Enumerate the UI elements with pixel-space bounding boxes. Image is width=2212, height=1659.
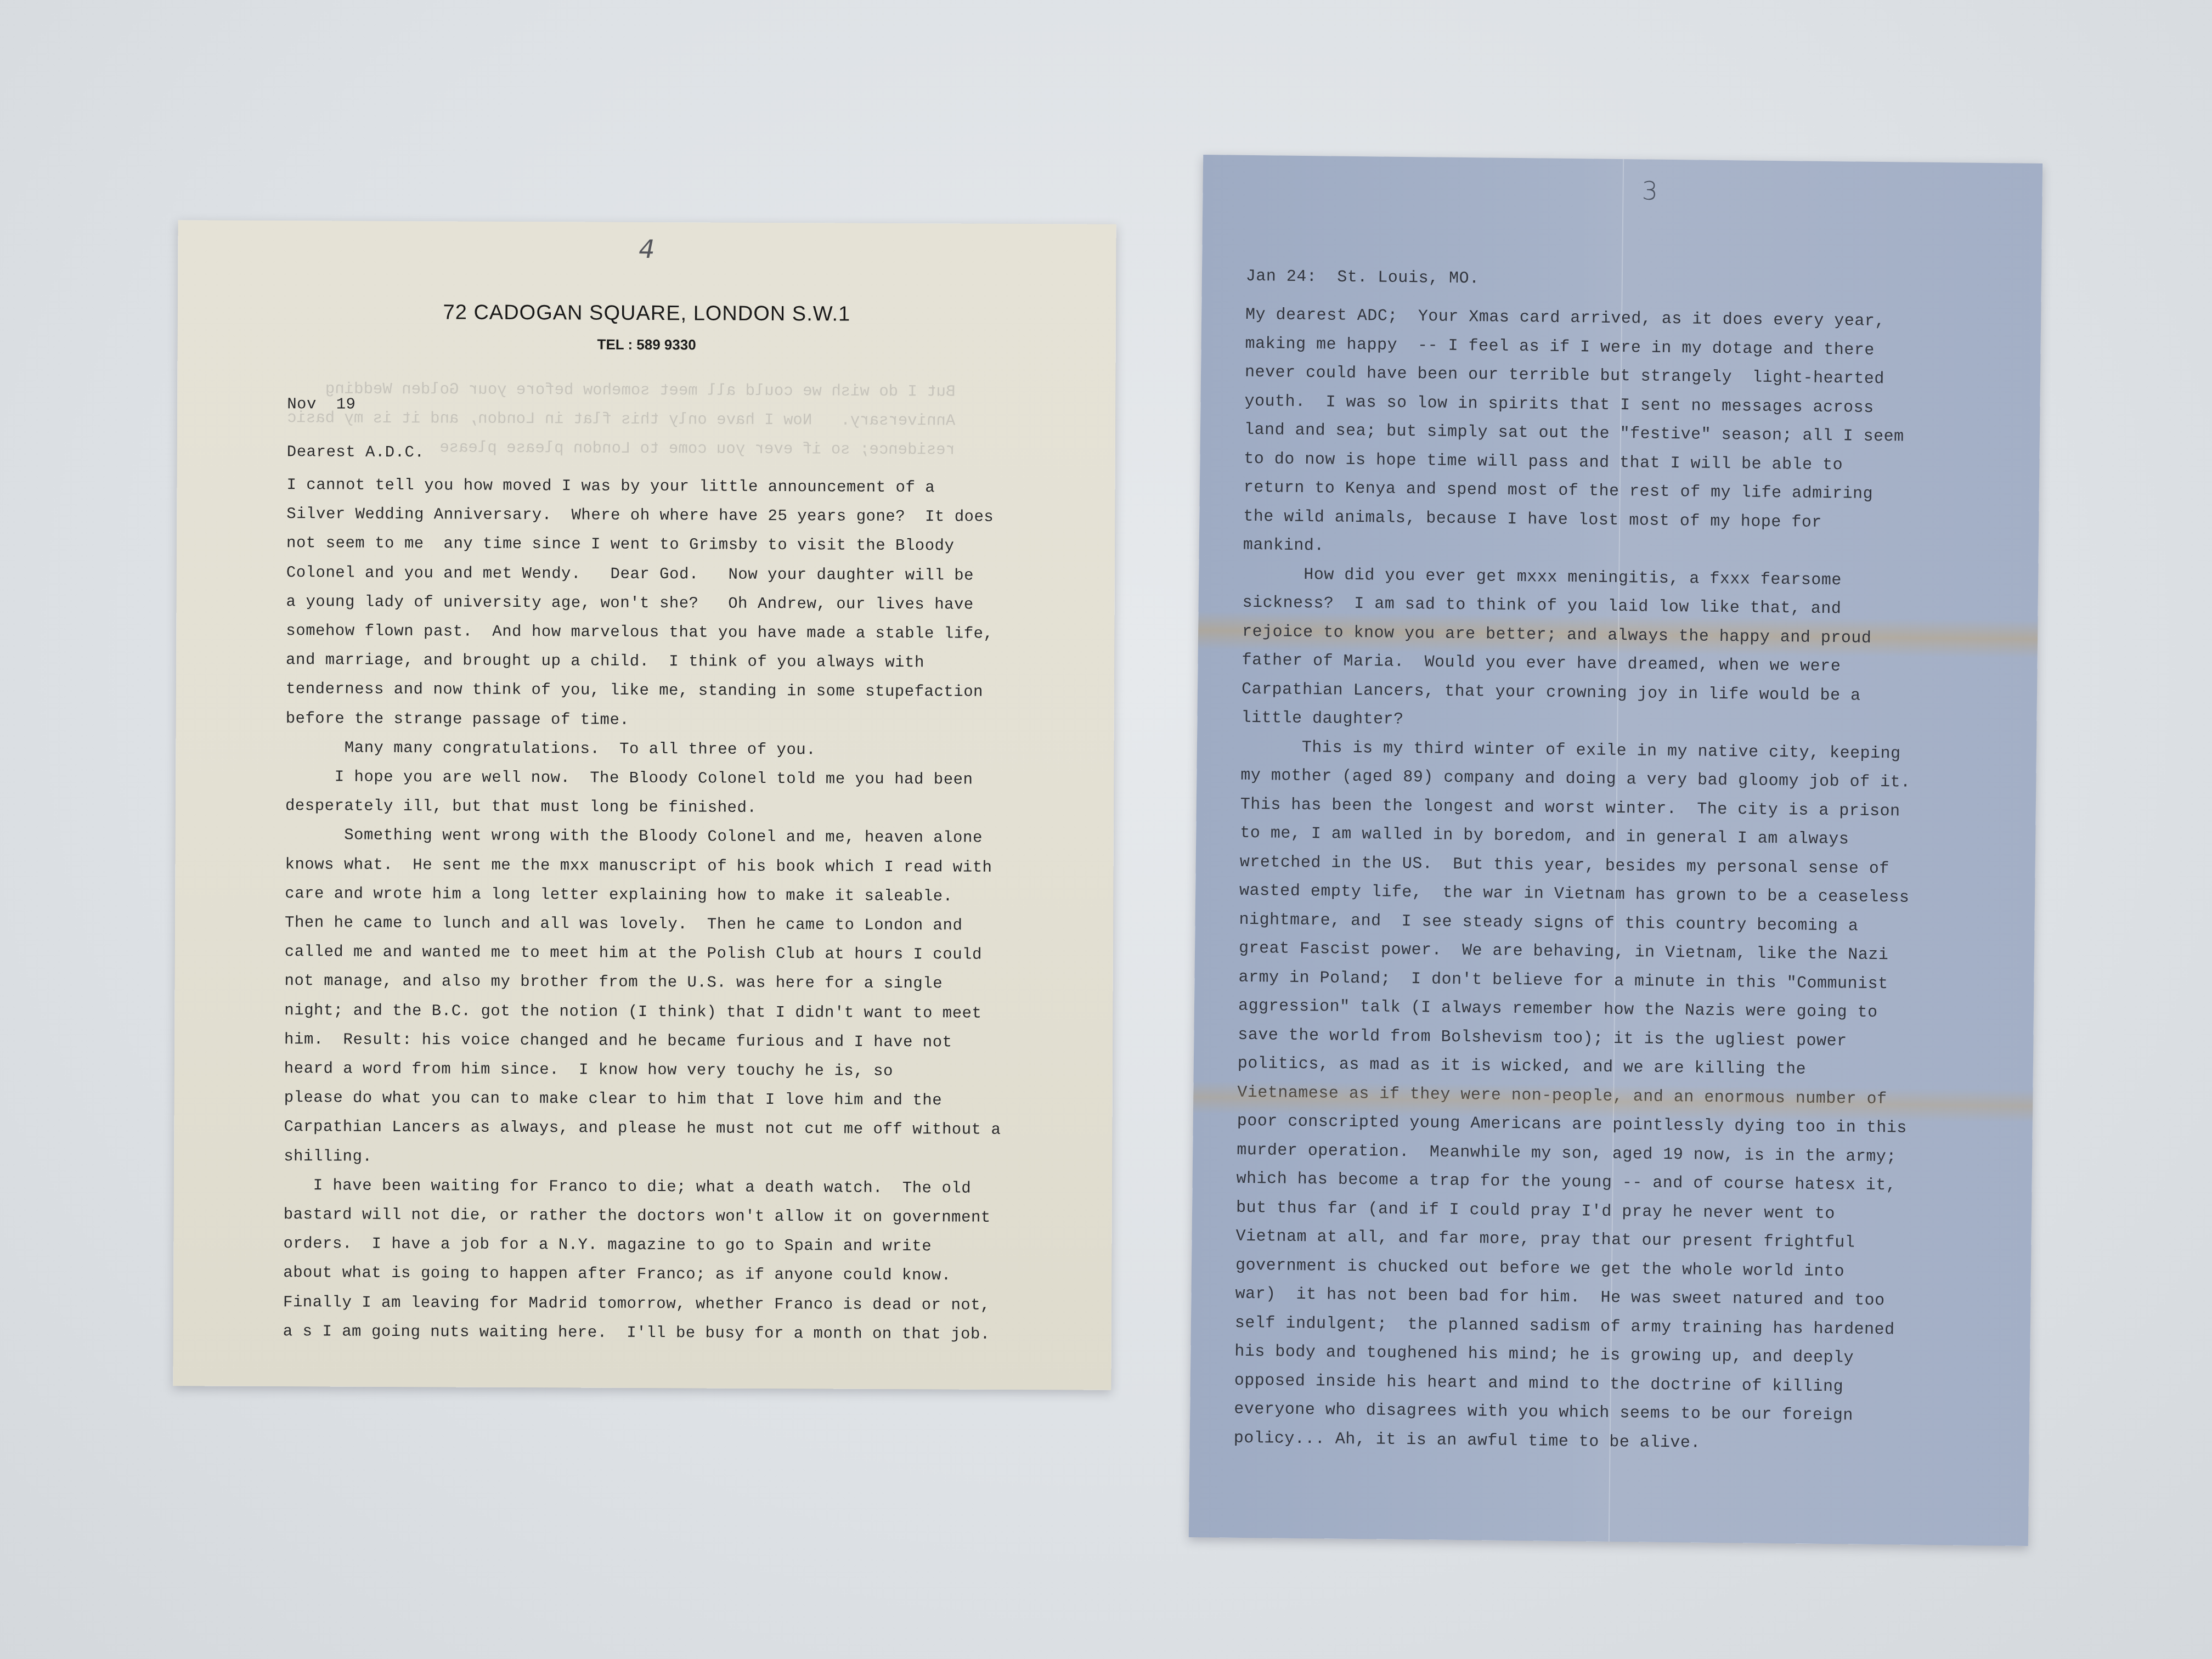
typed-line: shilling.: [284, 1142, 1001, 1174]
typed-line: desperately ill, but that must long be f…: [285, 791, 1002, 823]
typed-line: not manage, and also my brother from the…: [284, 967, 1001, 999]
typed-line: tenderness and now think of you, like me…: [286, 675, 1003, 707]
typed-line: Carpathian Lancers as always, and please…: [284, 1113, 1001, 1145]
typed-line: orders. I have a job for a N.Y. magazine…: [283, 1229, 1000, 1261]
typed-line: care and wrote him a long letter explain…: [285, 879, 1002, 911]
typed-line: Anniversary. Now I have only this flat i…: [287, 403, 955, 435]
typed-line: and marriage, and brought up a child. I …: [286, 645, 1003, 678]
typed-line: Silver Wedding Anniversary. Where oh whe…: [286, 499, 1003, 532]
typed-line: night; and the B.C. got the notion (I th…: [284, 996, 1001, 1028]
typed-line: him. Result: his voice changed and he be…: [284, 1025, 1001, 1057]
typed-line: Then he came to lunch and all was lovely…: [285, 908, 1002, 940]
typed-line: about what is going to happen after Fran…: [283, 1259, 1000, 1291]
typed-line: a s I am going nuts waiting here. I'll b…: [283, 1317, 1000, 1349]
typed-line: called me and wanted me to meet him at t…: [285, 937, 1002, 969]
letter-salutation: Dearest A.D.C.: [287, 437, 425, 467]
letterhead: 72 CADOGAN SQUARE, LONDON S.W.1 TEL : 58…: [178, 220, 1116, 224]
letterhead-telephone: TEL : 589 9330: [178, 334, 1116, 355]
typed-line: before the strange passage of time.: [286, 704, 1003, 736]
letter-date: Nov 19: [287, 390, 356, 419]
typed-line: somehow flown past. And how marvelous th…: [286, 616, 1003, 648]
typed-line: Something went wrong with the Bloody Col…: [285, 821, 1002, 853]
typed-line: I have been waiting for Franco to die; w…: [284, 1171, 1001, 1203]
typed-line: knows what. He sent me the mxx manuscrip…: [285, 850, 1002, 882]
letter-london: 4 72 CADOGAN SQUARE, LONDON S.W.1 TEL : …: [173, 220, 1116, 1390]
letter-st-louis: 3 Jan 24: St. Louis, MO. My dearest ADC;…: [1189, 155, 2042, 1546]
letter-body: My dearest ADC; Your Xmas card arrived, …: [1233, 301, 1915, 1460]
typed-line: bastard will not die, or rather the doct…: [284, 1200, 1001, 1232]
typed-line: Many many congratulations. To all three …: [285, 733, 1002, 765]
typed-line: I hope you are well now. The Bloody Colo…: [285, 762, 1002, 794]
typed-line: please do what you can to make clear to …: [284, 1083, 1001, 1115]
letter-date: Jan 24: St. Louis, MO.: [1246, 262, 1480, 294]
letter-body: I cannot tell you how moved I was by you…: [283, 470, 1004, 1349]
page-number: 4: [639, 234, 655, 264]
typed-line: a young lady of university age, won't sh…: [286, 587, 1003, 619]
typed-line: heard a word from him since. I know how …: [284, 1054, 1001, 1086]
letterhead-address: 72 CADOGAN SQUARE, LONDON S.W.1: [178, 300, 1116, 327]
typed-line: Finally I am leaving for Madrid tomorrow…: [283, 1288, 1000, 1320]
typed-line: I cannot tell you how moved I was by you…: [286, 470, 1003, 503]
typed-line: Colonel and you and met Wendy. Dear God.…: [286, 558, 1003, 590]
page-number: 3: [1641, 176, 1658, 205]
typed-line: not seem to me any time since I went to …: [286, 529, 1003, 561]
typed-line: But I do wish we could all meet somehow …: [287, 374, 955, 406]
